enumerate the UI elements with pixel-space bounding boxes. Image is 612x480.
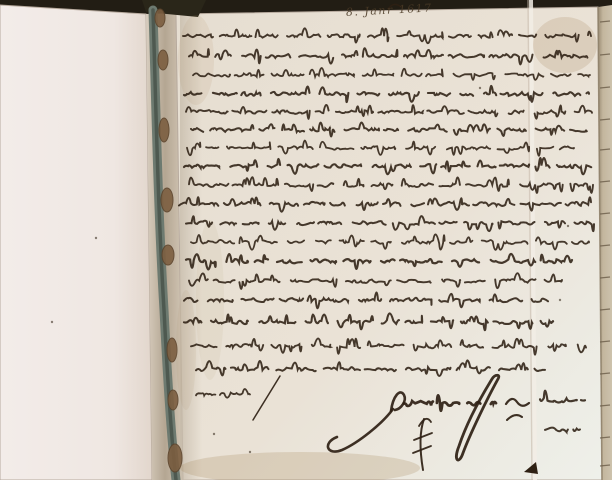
binding-knot bbox=[158, 50, 168, 70]
binding-knot bbox=[167, 338, 177, 362]
binding-knot bbox=[168, 444, 182, 472]
ink-speck bbox=[567, 225, 569, 227]
binding-knot bbox=[168, 390, 178, 410]
ink-speck bbox=[95, 237, 97, 239]
ink-speck bbox=[213, 433, 215, 435]
binding-knot bbox=[162, 245, 174, 265]
ink-speck bbox=[249, 451, 251, 453]
binding-knot bbox=[155, 9, 165, 27]
ink-speck bbox=[559, 299, 561, 301]
paper-stain bbox=[178, 15, 214, 105]
paper-stain bbox=[533, 17, 597, 73]
binding-knot bbox=[161, 188, 173, 212]
manuscript-photo: 8. Janr 1617 bbox=[0, 0, 612, 480]
paper-stain bbox=[176, 290, 196, 410]
left-page bbox=[0, 5, 152, 480]
ink-speck bbox=[51, 321, 53, 323]
manuscript-scene bbox=[0, 0, 612, 480]
binding-knot bbox=[159, 118, 169, 142]
ink-speck bbox=[479, 87, 481, 89]
